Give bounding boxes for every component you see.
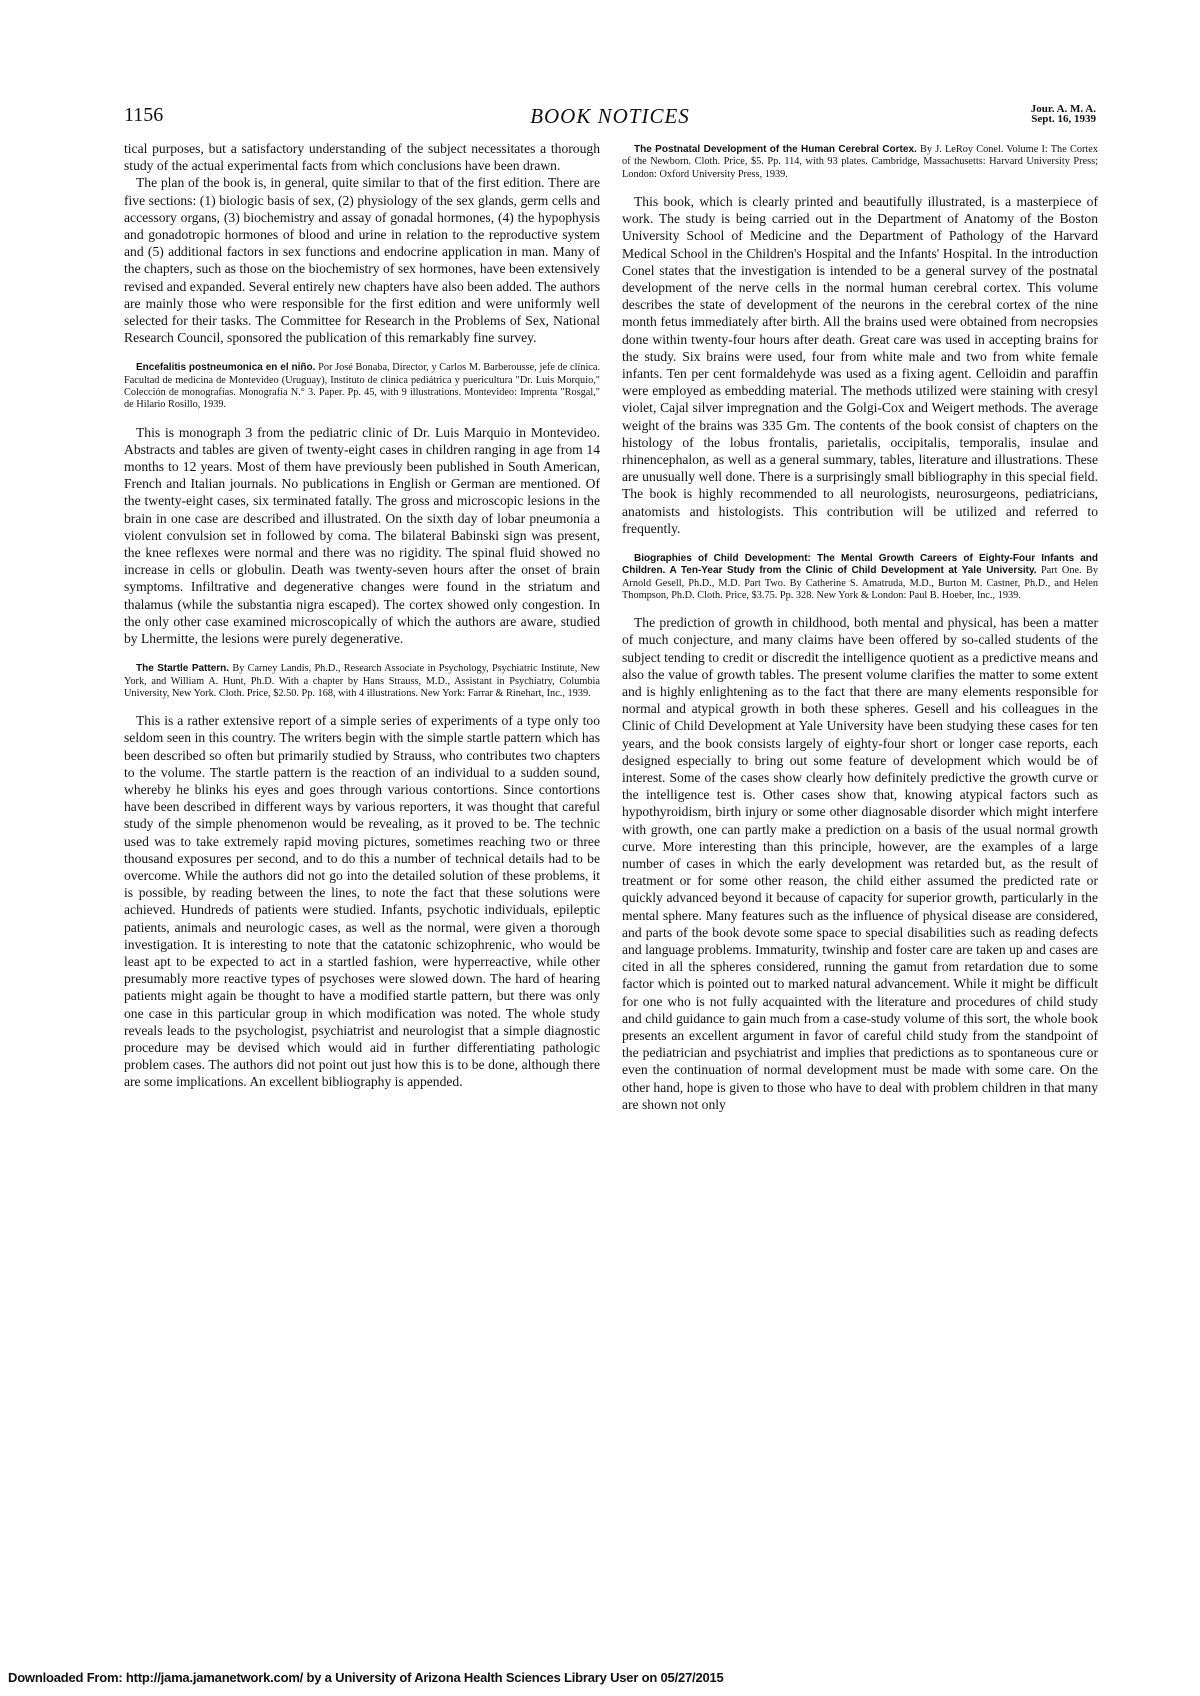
left-column: tical purposes, but a satisfactory under… <box>124 140 600 1091</box>
continued-paragraph: tical purposes, but a satisfactory under… <box>124 140 600 174</box>
book-citation: The Startle Pattern. By Carney Landis, P… <box>124 663 600 700</box>
book-title: Biographies of Child Development: The Me… <box>622 553 1098 576</box>
journal-reference: Jour. A. M. A. Sept. 16, 1939 <box>1031 104 1096 124</box>
book-citation: Biographies of Child Development: The Me… <box>622 553 1098 602</box>
running-title: BOOK NOTICES <box>124 104 1096 129</box>
download-footer: Downloaded From: http://jama.jamanetwork… <box>8 1670 724 1685</box>
page-header: 1156 BOOK NOTICES Jour. A. M. A. Sept. 1… <box>124 104 1096 134</box>
review-paragraph: This book, which is clearly printed and … <box>622 193 1098 537</box>
right-column: The Postnatal Development of the Human C… <box>622 140 1098 1113</box>
journal-page: 1156 BOOK NOTICES Jour. A. M. A. Sept. 1… <box>0 0 1200 1696</box>
book-citation: Encefalitis postneumonica en el niño. Po… <box>124 362 600 411</box>
body-paragraph: The plan of the book is, in general, qui… <box>124 174 600 346</box>
review-paragraph: This is monograph 3 from the pediatric c… <box>124 424 600 648</box>
review-paragraph: The prediction of growth in childhood, b… <box>622 614 1098 1113</box>
journal-date: Sept. 16, 1939 <box>1031 114 1096 124</box>
book-title: The Startle Pattern. <box>136 663 229 674</box>
book-citation: The Postnatal Development of the Human C… <box>622 144 1098 181</box>
book-title: The Postnatal Development of the Human C… <box>634 144 917 155</box>
book-title: Encefalitis postneumonica en el niño. <box>136 362 315 373</box>
review-paragraph: This is a rather extensive report of a s… <box>124 712 600 1090</box>
